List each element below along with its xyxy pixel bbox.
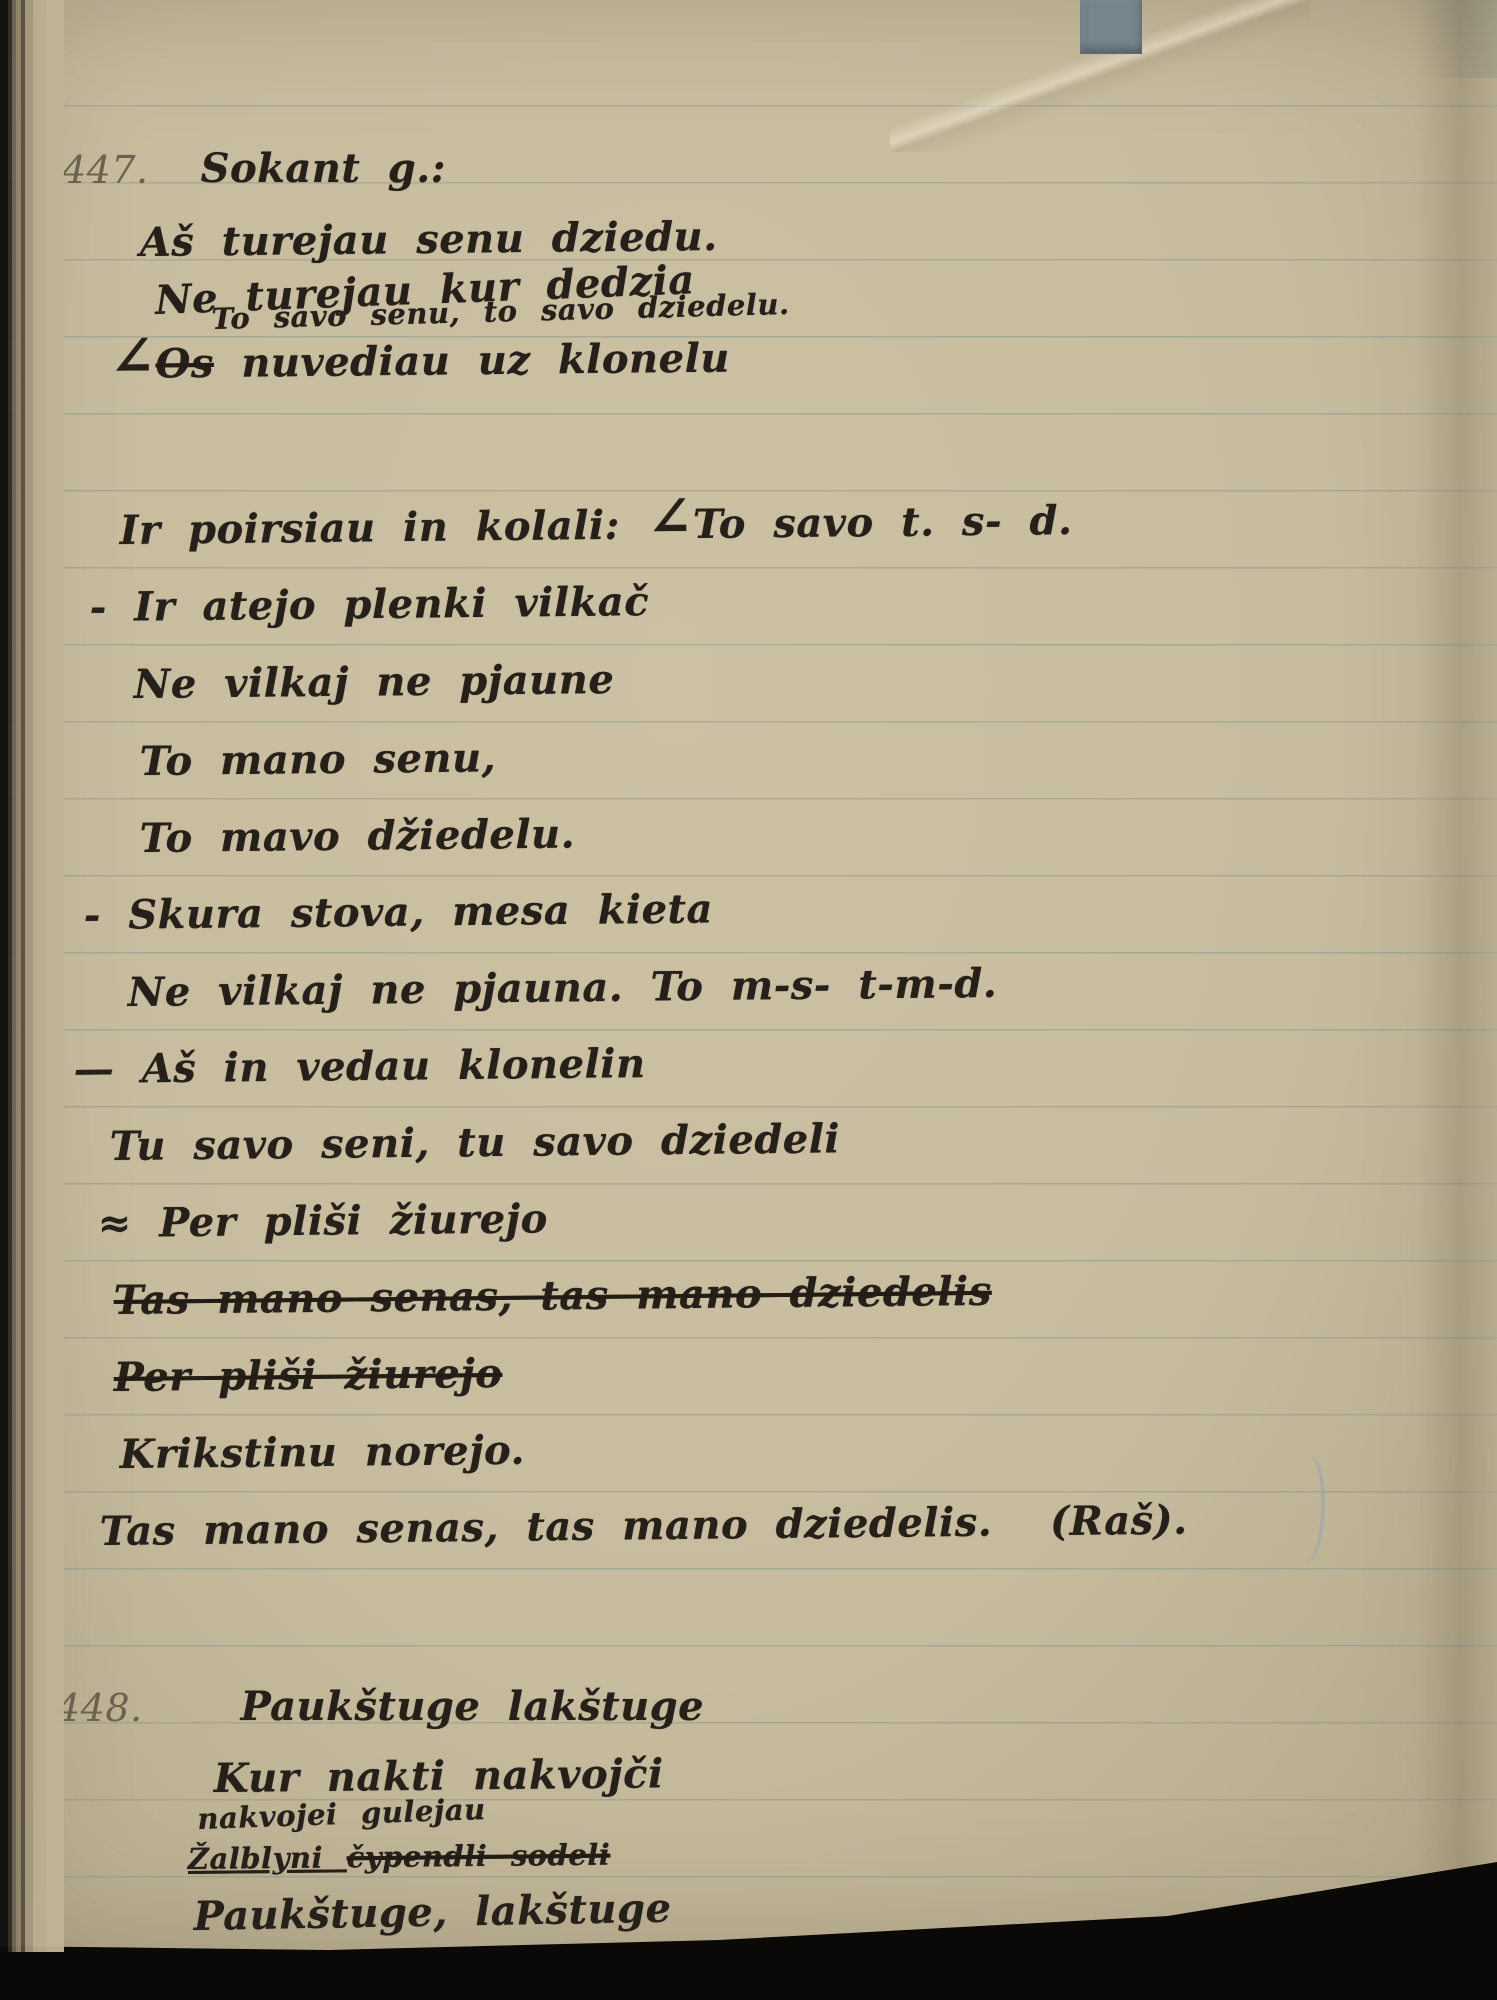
manuscript-line: Ir poirsiau in kolali: ∠To savo t. s- d. <box>119 460 1461 554</box>
bookmark-tab <box>1080 0 1142 54</box>
manuscript-text-segment: To savo t. s- d. <box>693 497 1073 548</box>
manuscript-text-segment: Paukštuge, lakštuge <box>193 1885 672 1940</box>
manuscript-line: - Ir atejo plenki vilkač <box>89 540 1461 631</box>
manuscript-line: Per pliši žiurejo <box>113 1310 1461 1401</box>
manuscript-text-segment: Tas mano senas, tas mano dziedelis. <box>100 1499 993 1555</box>
book-binding-edge <box>0 0 64 1952</box>
struck-text-segment: Per pliši žiurejo <box>114 1350 503 1401</box>
manuscript-text-segment: Ir poirsiau in kolali: <box>120 501 648 554</box>
manuscript-text-segment: ∠ <box>109 324 155 388</box>
manuscript-text-segment: (Raš). <box>1050 1497 1188 1545</box>
manuscript-line: — Aš in vedau klonelin <box>73 1001 1461 1093</box>
manuscript-line: Tu savo seni, tu savo dziedeli <box>109 1079 1461 1170</box>
song-entry-447: 447. Sokant g.: Aš turejau senu dziedu.N… <box>62 118 1461 1555</box>
manuscript-text-segment: - Ir atejo plenki vilkač <box>90 578 650 631</box>
manuscript-text-segment: Krikstinu norejo. <box>120 1427 526 1478</box>
manuscript-line: Tas mano senas, tas mano dziedelis <box>113 1233 1461 1324</box>
manuscript-text-segment: Ne vilkaj ne pjaune <box>134 656 615 708</box>
manuscript-text-segment: Žalblyni <box>188 1840 347 1876</box>
manuscript-scan: { "document": { "kind": "handwritten not… <box>0 0 1497 2000</box>
entry-lines: Aš turejau senu dziedu.Ne turejau kur de… <box>62 192 1461 1555</box>
manuscript-text-segment: To mavo džiedelu. <box>140 810 576 862</box>
manuscript-line: To mano senu, <box>139 694 1461 785</box>
entry-title: Sokant g.: <box>201 145 446 192</box>
manuscript-text-segment: Tu savo seni, tu savo dziedeli <box>110 1115 841 1170</box>
manuscript-text-segment: - Skura stova, mesa kieta <box>84 885 714 939</box>
entry-title: Paukštuge lakštuge <box>241 1683 704 1730</box>
entry-number: 448. <box>56 1686 143 1730</box>
manuscript-line: ≈ Per pliši žiurejo <box>97 1156 1461 1247</box>
manuscript-line: Tas mano senas, tas mano dziedelis.(Raš)… <box>99 1464 1461 1555</box>
manuscript-line: To mavo džiedelu. <box>139 771 1461 862</box>
manuscript-line: Ne vilkaj ne pjaune <box>133 617 1461 708</box>
manuscript-text-segment: ≈ Per pliši žiurejo <box>98 1195 549 1247</box>
struck-text-segment: Os <box>155 340 214 388</box>
manuscript-text-segment: ∠ <box>647 484 693 548</box>
manuscript-text-segment: nuvediau uz klonelu <box>214 335 730 387</box>
song-entry-448: 448. Paukštuge lakštuge Kur nakti nakvoj… <box>56 1656 1461 1940</box>
entry-lines: Kur nakti nakvojčinakvojei gulejauŽalbly… <box>56 1730 1461 1940</box>
manuscript-text-segment: — Aš in vedau klonelin <box>74 1040 646 1093</box>
notebook-page: 447. Sokant g.: Aš turejau senu dziedu.N… <box>0 0 1497 1952</box>
manuscript-line: - Skura stova, mesa kieta <box>83 848 1461 939</box>
entry-number: 447. <box>62 148 149 192</box>
manuscript-line: Ne vilkaj ne pjauna. To m-s- t-m-d. <box>127 925 1461 1016</box>
manuscript-line: Krikstinu norejo. <box>119 1387 1461 1478</box>
manuscript-text-segment: To mano senu, <box>140 734 497 785</box>
